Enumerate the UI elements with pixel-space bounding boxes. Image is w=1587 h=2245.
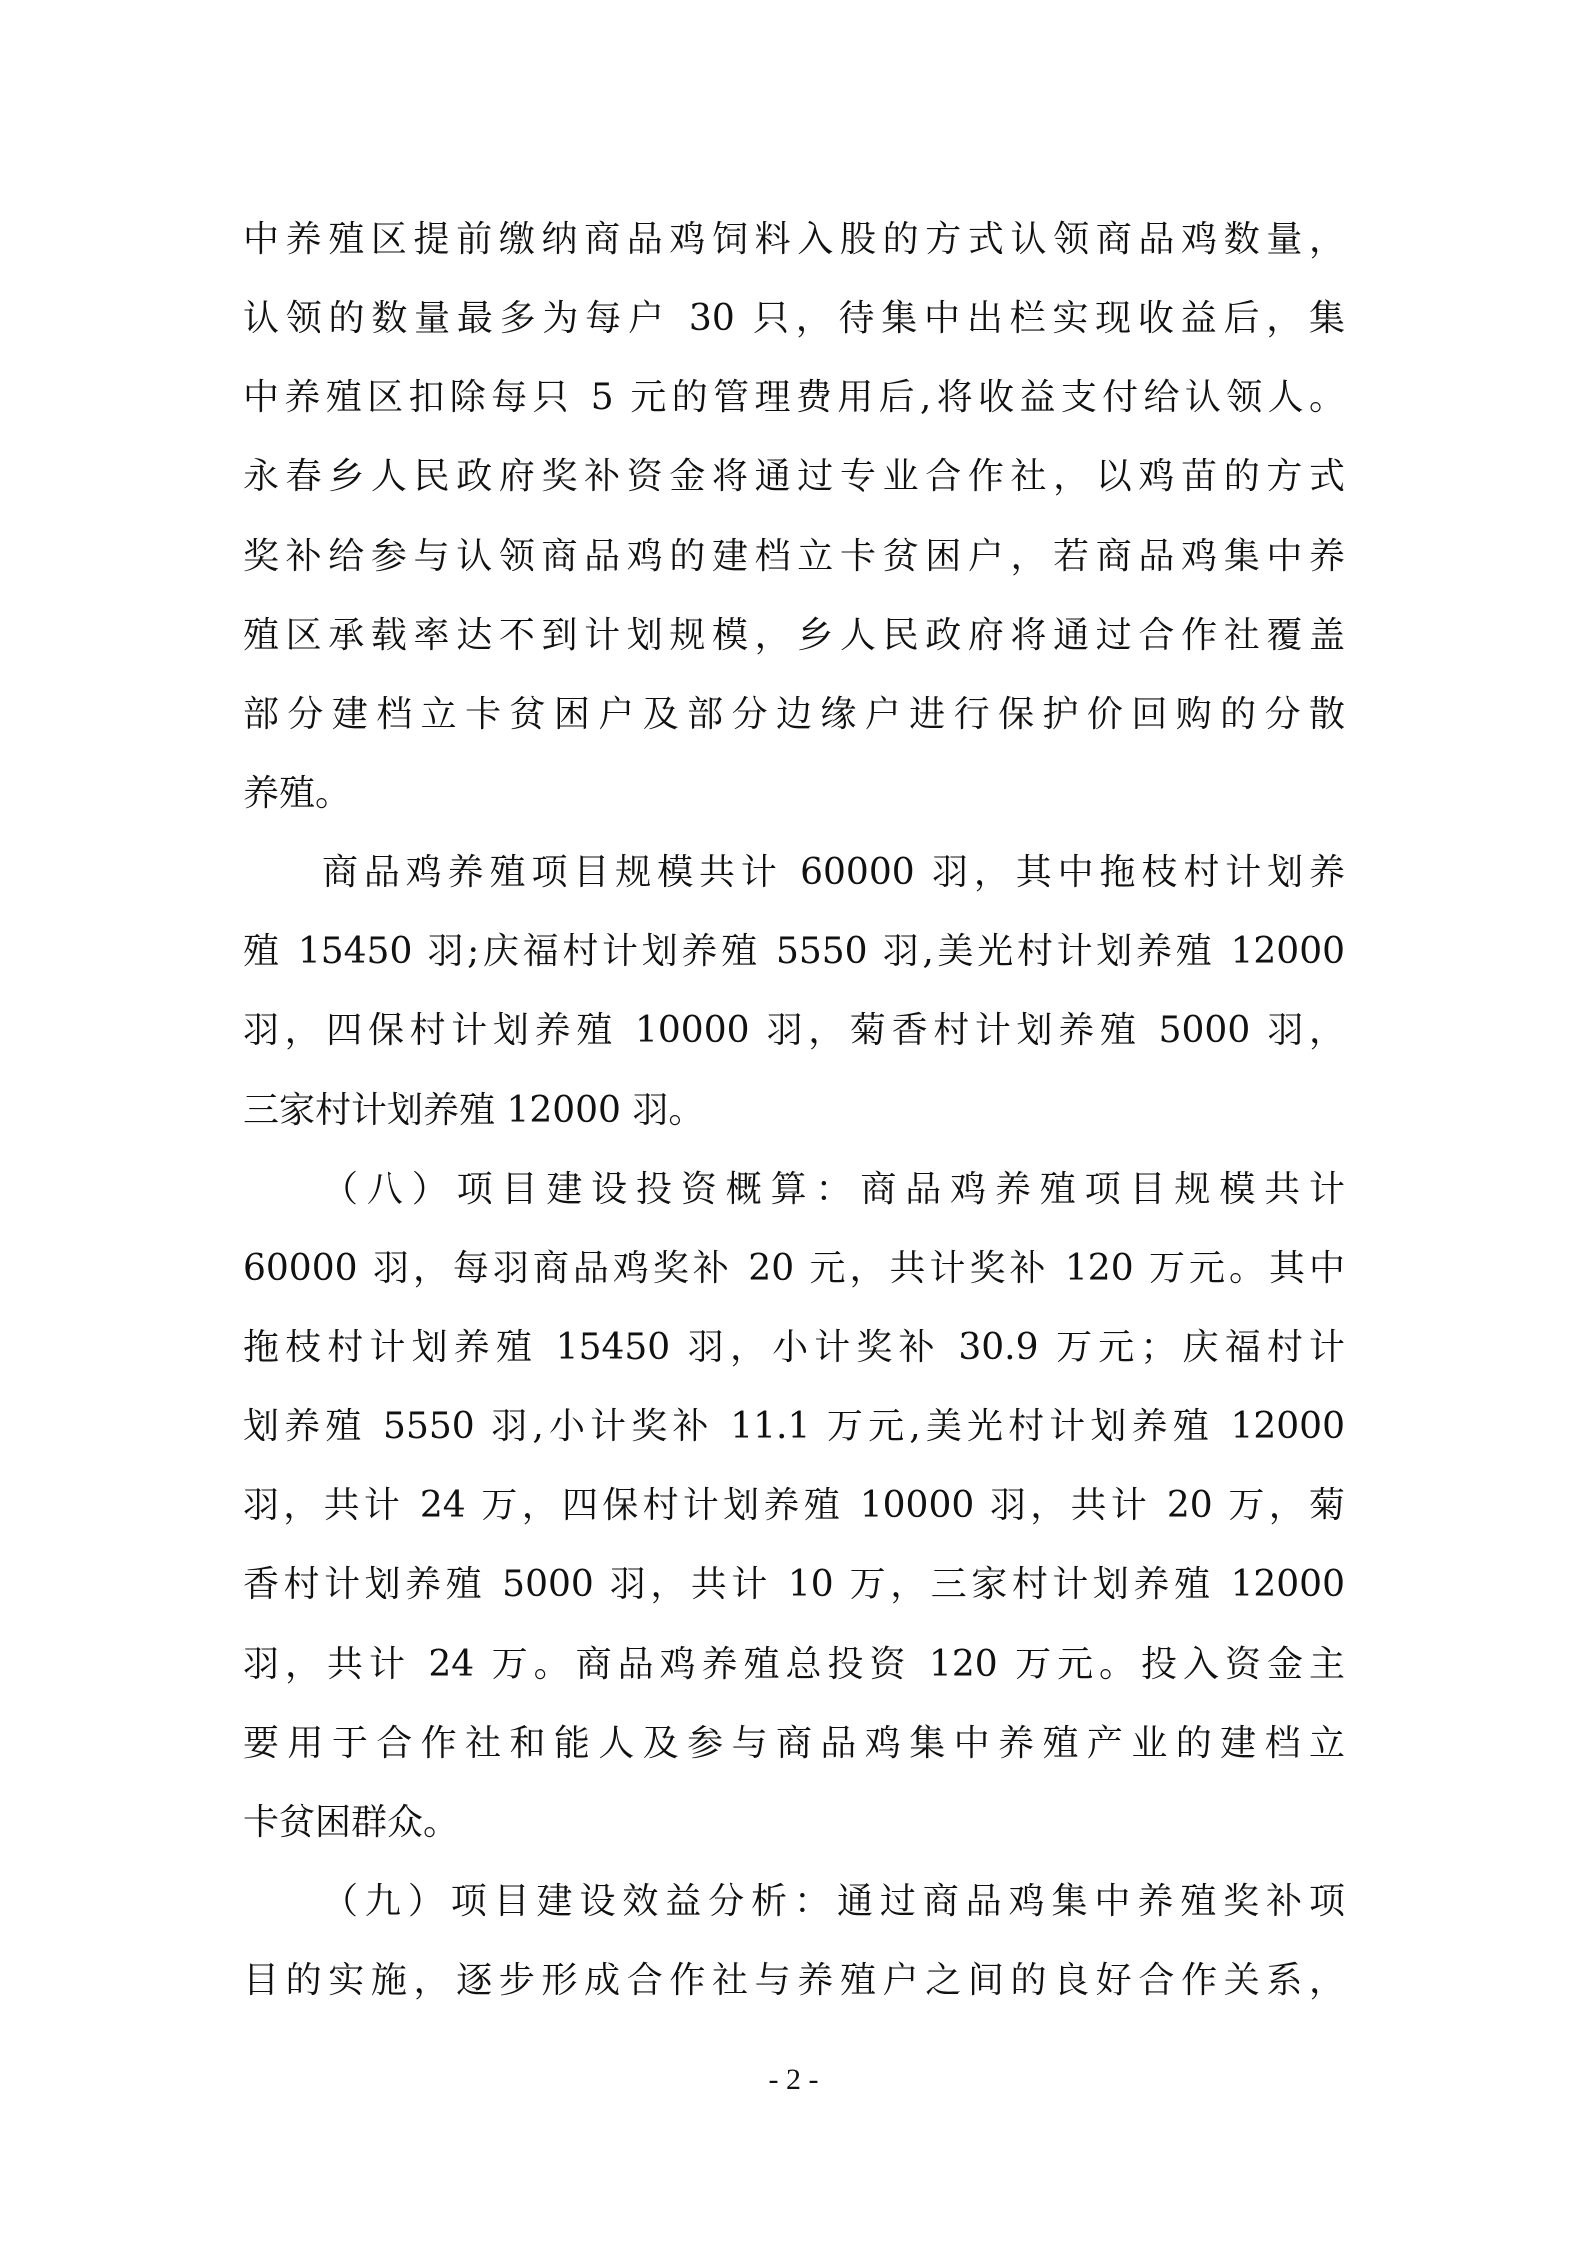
page-number: - 2 - — [0, 2060, 1587, 2100]
text-line: 永春乡人民政府奖补资金将通过专业合作社，以鸡苗的方式 — [243, 437, 1345, 516]
paragraph-project-scale: 商品鸡养殖项目规模共计 60000 羽，其中拖枝村计划养 殖 15450 羽;庆… — [243, 833, 1345, 1150]
text-line: 划养殖 5550 羽,小计奖补 11.1 万元,美光村计划养殖 12000 — [243, 1387, 1345, 1466]
text-line: 羽，四保村计划养殖 10000 羽，菊香村计划养殖 5000 羽， — [243, 991, 1345, 1070]
paragraph-recognition-scheme: 中养殖区提前缴纳商品鸡饲料入股的方式认领商品鸡数量， 认领的数量最多为每户 30… — [243, 200, 1345, 833]
text-line: 部分建档立卡贫困户及部分边缘户进行保护价回购的分散 — [243, 675, 1345, 754]
document-page: 中养殖区提前缴纳商品鸡饲料入股的方式认领商品鸡数量， 认领的数量最多为每户 30… — [0, 0, 1587, 2245]
text-line: 卡贫困群众。 — [243, 1783, 1345, 1862]
text-line: 60000 羽，每羽商品鸡奖补 20 元，共计奖补 120 万元。其中 — [243, 1229, 1345, 1308]
paragraph-investment-estimate: （八）项目建设投资概算：商品鸡养殖项目规模共计 60000 羽，每羽商品鸡奖补 … — [243, 1150, 1345, 1862]
text-line: 中养殖区提前缴纳商品鸡饲料入股的方式认领商品鸡数量， — [243, 200, 1345, 279]
text-line: 目的实施，逐步形成合作社与养殖户之间的良好合作关系， — [243, 1941, 1345, 2020]
text-line: 殖 15450 羽;庆福村计划养殖 5550 羽,美光村计划养殖 12000 — [243, 912, 1345, 991]
section-heading-line: （九）项目建设效益分析：通过商品鸡集中养殖奖补项 — [243, 1862, 1345, 1941]
text-line: 奖补给参与认领商品鸡的建档立卡贫困户，若商品鸡集中养 — [243, 517, 1345, 596]
text-line: 中养殖区扣除每只 5 元的管理费用后,将收益支付给认领人。 — [243, 358, 1345, 437]
text-line: 羽，共计 24 万。商品鸡养殖总投资 120 万元。投入资金主 — [243, 1625, 1345, 1704]
text-line: 殖区承载率达不到计划规模，乡人民政府将通过合作社覆盖 — [243, 596, 1345, 675]
text-line: 三家村计划养殖 12000 羽。 — [243, 1071, 1345, 1150]
paragraph-benefit-analysis: （九）项目建设效益分析：通过商品鸡集中养殖奖补项 目的实施，逐步形成合作社与养殖… — [243, 1862, 1345, 2020]
text-line: 要用于合作社和能人及参与商品鸡集中养殖产业的建档立 — [243, 1704, 1345, 1783]
text-line: 羽，共计 24 万，四保村计划养殖 10000 羽，共计 20 万，菊 — [243, 1466, 1345, 1545]
text-line: 认领的数量最多为每户 30 只，待集中出栏实现收益后，集 — [243, 279, 1345, 358]
text-line: 养殖。 — [243, 754, 1345, 833]
text-line: 拖枝村计划养殖 15450 羽，小计奖补 30.9 万元；庆福村计 — [243, 1308, 1345, 1387]
section-heading-line: （八）项目建设投资概算：商品鸡养殖项目规模共计 — [243, 1150, 1345, 1229]
document-body: 中养殖区提前缴纳商品鸡饲料入股的方式认领商品鸡数量， 认领的数量最多为每户 30… — [243, 200, 1345, 2020]
text-line: 香村计划养殖 5000 羽，共计 10 万，三家村计划养殖 12000 — [243, 1545, 1345, 1624]
text-line: 商品鸡养殖项目规模共计 60000 羽，其中拖枝村计划养 — [243, 833, 1345, 912]
